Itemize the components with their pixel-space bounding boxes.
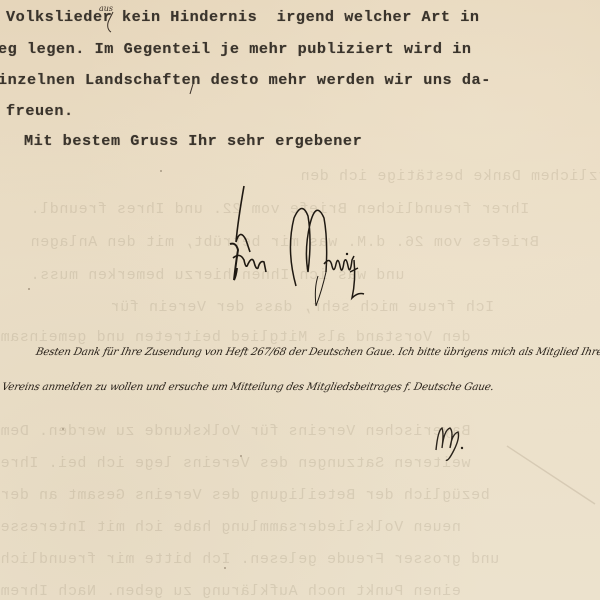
typed-line-2: eg legen. Im Gegenteil je mehr publizier… [0, 42, 472, 57]
bleed-line: Bayerischen Vereins für Volkskunde zu we… [0, 424, 470, 439]
postscript-line-2: Vereins anmelden zu wollen und ersuche u… [1, 382, 495, 392]
paper-speck [62, 428, 64, 430]
insertion-caret-icon [104, 10, 116, 34]
bleed-line: bezüglich der Beteiligung des Vereins Ge… [0, 488, 490, 503]
bleed-line: den Vorstand als Mitglied beitreten und … [0, 330, 470, 345]
signature [200, 180, 370, 320]
paper-speck [224, 567, 226, 569]
bleed-line: einen Punkt noch Aufklärung zu geben. Na… [0, 584, 461, 599]
typed-line-1: Volkslieder kein Hindernis irgend welche… [6, 10, 480, 25]
paper-speck [160, 170, 162, 172]
handwritten-comma-icon [188, 80, 196, 98]
typed-line-4: freuen. [6, 104, 74, 119]
letter-page: Mit herzlichem Danke bestätige ich den I… [0, 0, 600, 600]
bleed-line: neuen Volksliedersammlung habe ich mit I… [0, 520, 461, 535]
paper-speck [240, 455, 242, 457]
typed-line-3: inzelnen Landschaften desto mehr werden … [0, 73, 491, 88]
handwritten-initial-m [432, 420, 466, 466]
paper-crease [505, 440, 600, 510]
bleed-line: weiteren Satzungen des Vereins lege ich … [0, 456, 470, 471]
closing-line: Mit bestem Gruss Ihr sehr ergebener [24, 134, 362, 149]
postscript-line-1: Besten Dank für Ihre Zusendung von Heft … [35, 347, 600, 357]
paper-speck [28, 288, 30, 290]
bleed-line: und grosser Freude gelesen. Ich bitte mi… [0, 552, 499, 567]
